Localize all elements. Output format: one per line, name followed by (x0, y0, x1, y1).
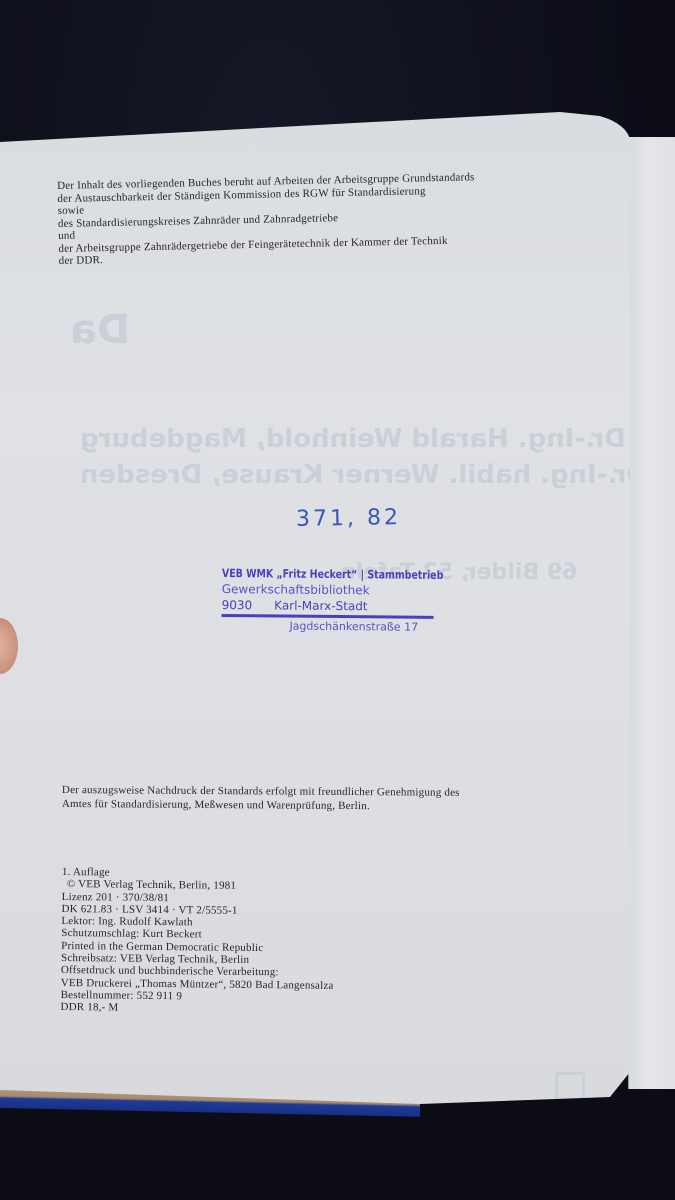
show-through-title: Da (70, 307, 130, 353)
stamp-address: 9030 Karl-Marx-Stadt (222, 597, 492, 615)
reprint-line: Amtes für Standardisierung, Meßwesen und… (62, 797, 460, 814)
next-page-edge (628, 137, 675, 1089)
stamp-street: Jagdschänkenstraße 17 (221, 618, 491, 636)
show-through-authors-2: Prof. Dr.-Ing. habil. Werner Krause, Dre… (80, 460, 675, 490)
stamp-library: Gewerkschaftsbibliothek (222, 581, 492, 599)
stamp-postcode: 9030 (222, 597, 253, 613)
handwritten-inventory-number: 371, 82 (296, 505, 401, 532)
intro-paragraph: Der Inhalt des vorliegenden Buches beruh… (57, 169, 599, 268)
stamp-company: VEB WMK „Fritz Heckert“ | Stammbetrieb (222, 565, 444, 583)
show-through-authors-1: Prof. Dr.-Ing. Harald Weinhold, Magdebur… (80, 424, 675, 454)
reprint-note: Der auszugsweise Nachdruck der Standards… (62, 783, 460, 814)
library-stamp: VEB WMK „Fritz Heckert“ | Stammbetrieb G… (221, 565, 492, 636)
stamp-city: Karl-Marx-Stadt (274, 597, 367, 614)
imprint-block: 1. Auflage © VEB Verlag Technik, Berlin,… (60, 866, 334, 1016)
